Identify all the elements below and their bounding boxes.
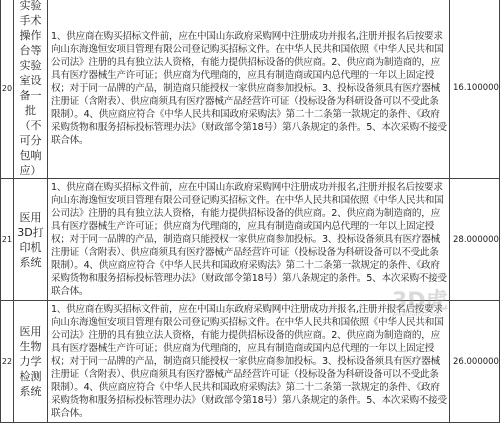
budget-value: 28.000000 [450, 179, 500, 301]
requirements-text: 1、供应商在购买招标文件前，应在中国山东政府采购网中注册成功并报名,注册并报名后… [48, 301, 450, 328]
requirements-text: 1、供应商在购买招标文件前，应在中国山东政府采购网中注册成功并报名,注册并报名后… [48, 179, 450, 301]
requirements-text: 1、供应商在购买招标文件前，应在中国山东政府采购网中注册成功并报名,注册并报名后… [48, 0, 450, 179]
row-number: 21 [1, 179, 14, 301]
table-row: 22 医用生物力学检测系统 1、供应商在购买招标文件前，应在中国山东政府采购网中… [1, 301, 500, 328]
row-number: 22 [1, 301, 14, 328]
item-name: 医用3D打印机系统 [14, 179, 48, 301]
item-name: 实验手术操作台等实验室设备一批（不可分包响应） [14, 0, 48, 179]
budget-value: 16.100000 [450, 0, 500, 179]
row-number: 20 [1, 0, 14, 179]
table-row: 21 医用3D打印机系统 1、供应商在购买招标文件前，应在中国山东政府采购网中注… [1, 179, 500, 301]
table-row: 20 实验手术操作台等实验室设备一批（不可分包响应） 1、供应商在购买招标文件前… [1, 0, 500, 179]
budget-value: 26.000000 [450, 301, 500, 328]
item-name: 医用生物力学检测系统 [14, 301, 48, 328]
procurement-table: 20 实验手术操作台等实验室设备一批（不可分包响应） 1、供应商在购买招标文件前… [0, 0, 500, 327]
